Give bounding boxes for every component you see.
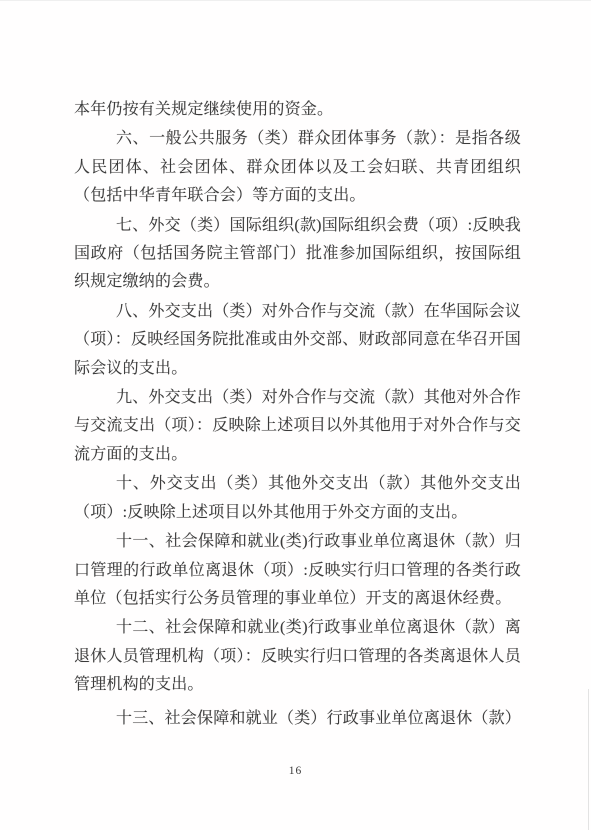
paragraph-item-12: 十二、社会保障和就业(类)行政事业单位离退休（款）离退休人员管理机构（项）：反映… bbox=[74, 614, 521, 699]
paragraph-item-9: 九、外交支出（类）对外合作与交流（款）其他对外合作与交流支出（项）：反映除上述项… bbox=[74, 384, 521, 469]
scan-edge-artifact bbox=[588, 689, 589, 830]
paragraph-item-6: 六、一般公共服务（类）群众团体事务（款）：是指各级人民团体、社会团体、群众团体以… bbox=[74, 125, 521, 210]
document-page: 本年仍按有关规定继续使用的资金。 六、一般公共服务（类）群众团体事务（款）：是指… bbox=[0, 0, 591, 830]
paragraph-item-8: 八、外交支出（类）对外合作与交流（款）在华国际会议（项）：反映经国务院批准或由外… bbox=[74, 298, 521, 383]
paragraph-item-10: 十、外交支出（类）其他外交支出（款）其他外交支出（项）:反映除上述项目以外其他用… bbox=[74, 470, 521, 527]
page-number: 16 bbox=[0, 765, 591, 777]
paragraph-item-13: 十三、社会保障和就业（类）行政事业单位离退休（款） bbox=[74, 705, 521, 733]
paragraph-item-11: 十一、社会保障和就业(类)行政事业单位离退休（款）归口管理的行政单位离退休（项）… bbox=[74, 528, 521, 613]
paragraph-continuation: 本年仍按有关规定继续使用的资金。 bbox=[74, 96, 521, 124]
document-body: 本年仍按有关规定继续使用的资金。 六、一般公共服务（类）群众团体事务（款）：是指… bbox=[74, 96, 521, 734]
paragraph-item-7: 七、外交（类）国际组织(款)国际组织会费（项）:反映我国政府（包括国务院主管部门… bbox=[74, 212, 521, 297]
